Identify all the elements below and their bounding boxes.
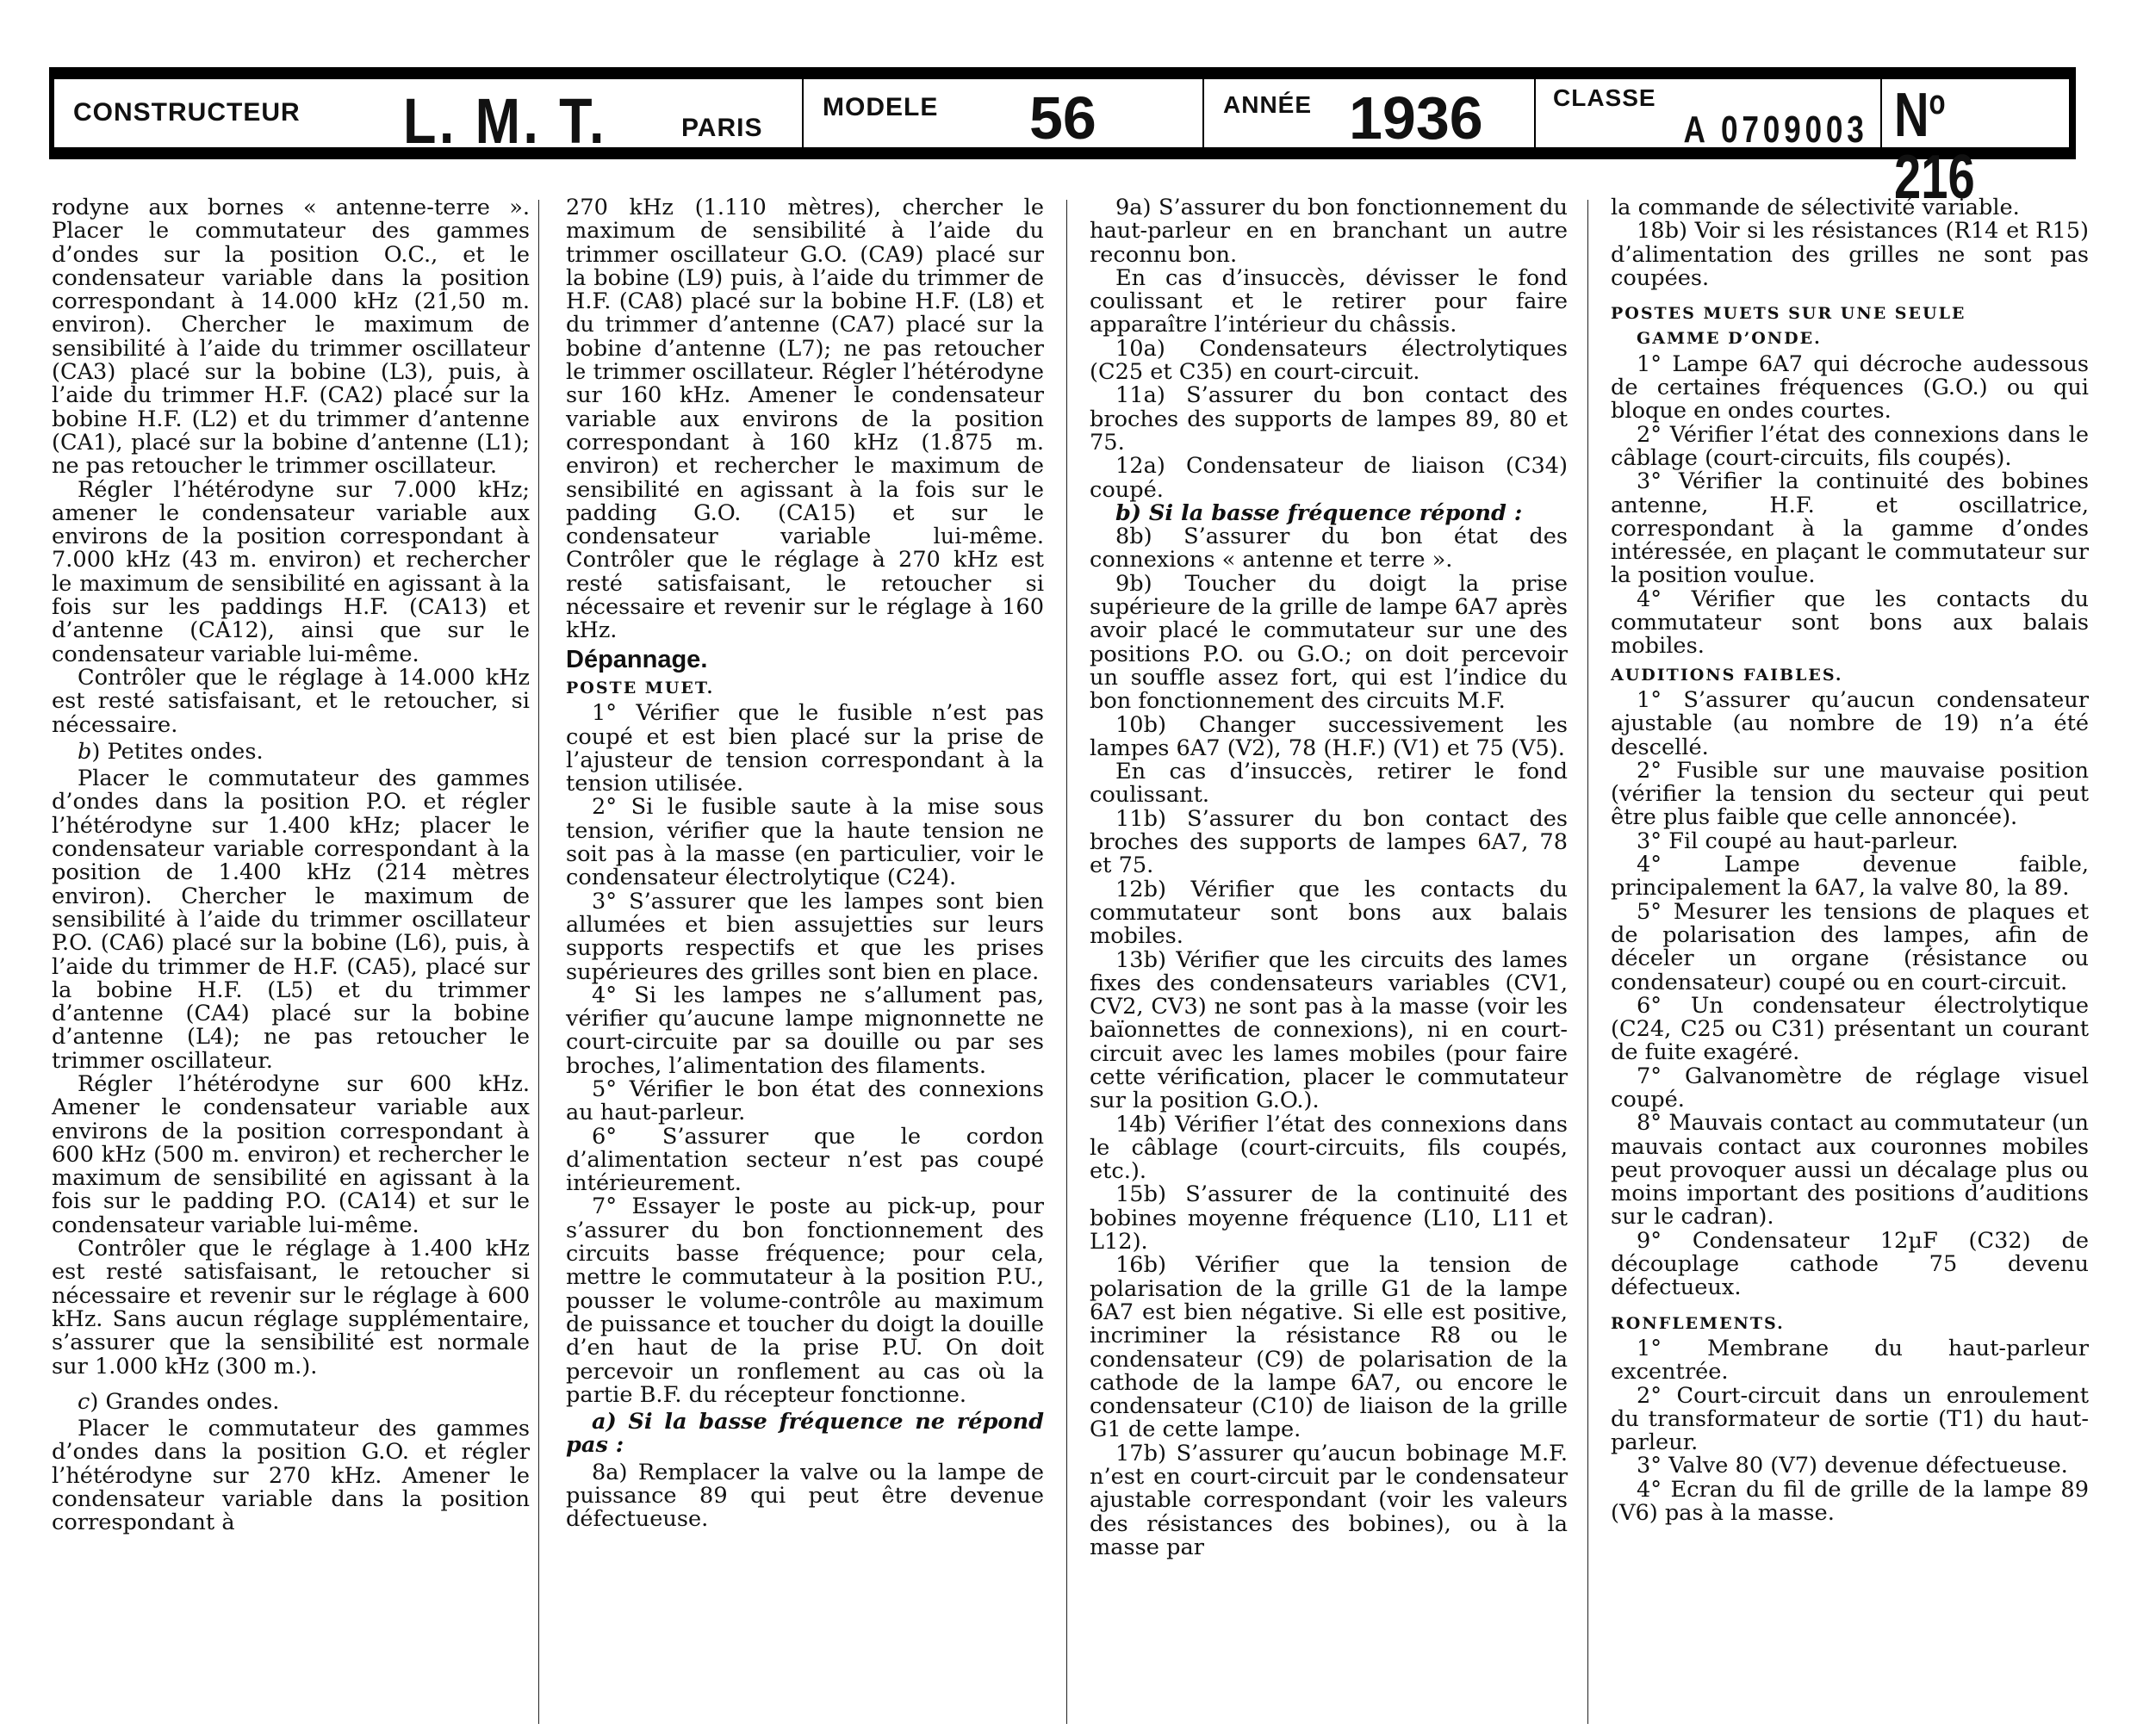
paragraph: En cas d’insuccès, dévisser le fond coul… [1090,267,1568,338]
list-item: 3° S’assurer que les lampes sont bien al… [566,890,1044,984]
list-item: 1° Membrane du haut-parleur excentrée. [1611,1337,2089,1385]
text-column-4: la commande de sélectivité variable. 18b… [1611,196,2089,1525]
subsection-letter: b [78,739,91,765]
paragraph: Placer le commutateur des gammes d’ondes… [52,1417,530,1534]
list-item: 11b) S’assurer du bon contact des broche… [1090,808,1568,878]
paragraph: En cas d’insuccès, retirer le fond couli… [1090,760,1568,808]
list-item: 4° Si les lampes ne s’allument pas, véri… [566,984,1044,1078]
list-item: 10b) Changer successivement les lampes 6… [1090,714,1568,761]
list-item: 16b) Vérifier que la tension de polarisa… [1090,1254,1568,1441]
list-item: 4° Vérifier que les contacts du commutat… [1611,588,2089,659]
list-item: 5° Vérifier le bon état des connexions a… [566,1078,1044,1125]
datasheet-header: CONSTRUCTEUR L. M. T. PARIS MODELE 56 AN… [49,67,2076,159]
numero-prefix: N [1894,81,1929,150]
list-item: 14b) Vérifier l’état des connexions dans… [1090,1113,1568,1184]
paragraph: Contrôler que le réglage à 14.000 kHz es… [52,666,530,737]
list-item: 2° Vérifier l’état des connexions dans l… [1611,424,2089,471]
list-item: 12b) Vérifier que les contacts du commut… [1090,878,1568,949]
list-item: 7° Essayer le poste au pick-up, pour s’a… [566,1195,1044,1407]
list-item: 6° S’assurer que le cordon d’alimentatio… [566,1125,1044,1196]
section-heading-depannage: Dépannage. [566,648,1044,672]
numero-value: No 216 [1894,84,2030,208]
text-column-2: 270 kHz (1.110 mètres), chercher le maxi… [566,196,1044,1532]
list-item: 12a) Condensateur de liaison (C34) coupé… [1090,455,1568,502]
list-item: 1° Vérifier que le fusible n’est pas cou… [566,702,1044,796]
annee-label: ANNÉE [1223,91,1312,119]
modele-value: 56 [1029,88,1096,148]
constructeur-cell: CONSTRUCTEUR L. M. T. PARIS [54,79,804,147]
subheading-postes-muets-cont: GAMME D’ONDE. [1611,327,2089,350]
annee-value: 1936 [1349,88,1483,148]
list-item: 2° Court-circuit dans un enroulement du … [1611,1385,2089,1455]
subheading-poste-muet: POSTE MUET. [566,677,1044,700]
list-item: 11a) S’assurer du bon contact des broche… [1090,384,1568,455]
constructeur-value: L. M. T. [403,90,607,153]
list-item: 3° Valve 80 (V7) devenue défectueuse. [1611,1454,2089,1478]
classe-cell: CLASSE A 0709003 [1536,79,1882,147]
subsection-heading-petites-ondes: b) Petites ondes. [52,741,530,764]
modele-cell: MODELE 56 [804,79,1204,147]
list-item: 8° Mauvais contact au commutateur (un ma… [1611,1112,2089,1229]
list-item: 4° Ecran du fil de grille de la lampe 89… [1611,1479,2089,1526]
list-item: 6° Un condensateur électrolytique (C24, … [1611,995,2089,1065]
subsection-title: ) Grandes ondes. [90,1389,279,1415]
case-heading-b: b) Si la basse fréquence répond : [1090,502,1568,525]
paragraph: Contrôler que le réglage à 1.400 kHz est… [52,1237,530,1379]
subsection-heading-grandes-ondes: c) Grandes ondes. [52,1391,530,1414]
list-item: 5° Mesurer les tensions de plaques et de… [1611,901,2089,995]
list-item: 8a) Remplacer la valve ou la lampe de pu… [566,1461,1044,1532]
paragraph: Régler l’hétérodyne sur 600 kHz. Amener … [52,1073,530,1237]
text-column-1: rodyne aux bornes « antenne-terre ». Pla… [52,196,530,1535]
list-item: 1° Lampe 6A7 qui décroche audessous de c… [1611,353,2089,424]
case-text: b) Si la basse fréquence répond : [1115,500,1522,526]
subsection-letter: c [78,1389,90,1415]
paragraph: Placer le commutateur des gammes d’ondes… [52,767,530,1073]
column-divider [1587,200,1588,1724]
case-text: a) Si la basse fréquence ne répond pas : [566,1409,1044,1458]
subheading-postes-muets: POSTES MUETS SUR UNE SEULE [1611,302,2089,325]
column-divider [1066,200,1067,1724]
paragraph: rodyne aux bornes « antenne-terre ». Pla… [52,196,530,479]
annee-cell: ANNÉE 1936 [1204,79,1536,147]
classe-value: A 0709003 [1684,108,1868,152]
constructeur-label: CONSTRUCTEUR [73,98,301,127]
paragraph: Régler l’hétérodyne sur 7.000 kHz; amene… [52,479,530,666]
list-item: 1° S’assurer qu’aucun condensateur ajust… [1611,689,2089,759]
paragraph: la commande de sélectivité variable. [1611,196,2089,220]
modele-label: MODELE [823,93,938,122]
list-item: 10a) Condensateurs électrolytiques (C25 … [1090,338,1568,385]
list-item: 3° Vérifier la continuité des bobines an… [1611,470,2089,587]
list-item: 18b) Voir si les résistances (R14 et R15… [1611,220,2089,290]
subheading-ronflements: RONFLEMENTS. [1611,1312,2089,1336]
list-item: 2° Si le fusible saute à la mise sous te… [566,796,1044,890]
list-item: 13b) Vérifier que les circuits des lames… [1090,949,1568,1113]
subheading-auditions-faibles: AUDITIONS FAIBLES. [1611,664,2089,687]
case-heading-a: a) Si la basse fréquence ne répond pas : [566,1410,1044,1458]
list-item: 2° Fusible sur une mauvaise position (vé… [1611,759,2089,830]
numero-sup: o [1929,84,1946,121]
list-item: 7° Galvanomètre de réglage visuel coupé. [1611,1065,2089,1113]
list-item: 9a) S’assurer du bon fonctionnement du h… [1090,196,1568,267]
subsection-title: ) Petites ondes. [91,739,263,765]
paragraph: 270 kHz (1.110 mètres), chercher le maxi… [566,196,1044,643]
list-item: 9b) Toucher du doigt la prise supérieure… [1090,573,1568,714]
constructeur-city: PARIS [681,114,762,143]
list-item: 9° Condensateur 12µF (C32) de découplage… [1611,1230,2089,1300]
list-item: 15b) S’assurer de la continuité des bobi… [1090,1183,1568,1254]
classe-label: CLASSE [1553,84,1656,112]
text-column-3: 9a) S’assurer du bon fonctionnement du h… [1090,196,1568,1559]
list-item: 8b) S’assurer du bon état des connexions… [1090,525,1568,573]
numero-cell: No 216 [1882,79,2069,147]
column-divider [538,200,539,1724]
list-item: 17b) S’assurer qu’aucun bobinage M.F. n’… [1090,1442,1568,1559]
list-item: 4° Lampe devenue faible, principalement … [1611,853,2089,901]
list-item: 3° Fil coupé au haut-parleur. [1611,830,2089,853]
